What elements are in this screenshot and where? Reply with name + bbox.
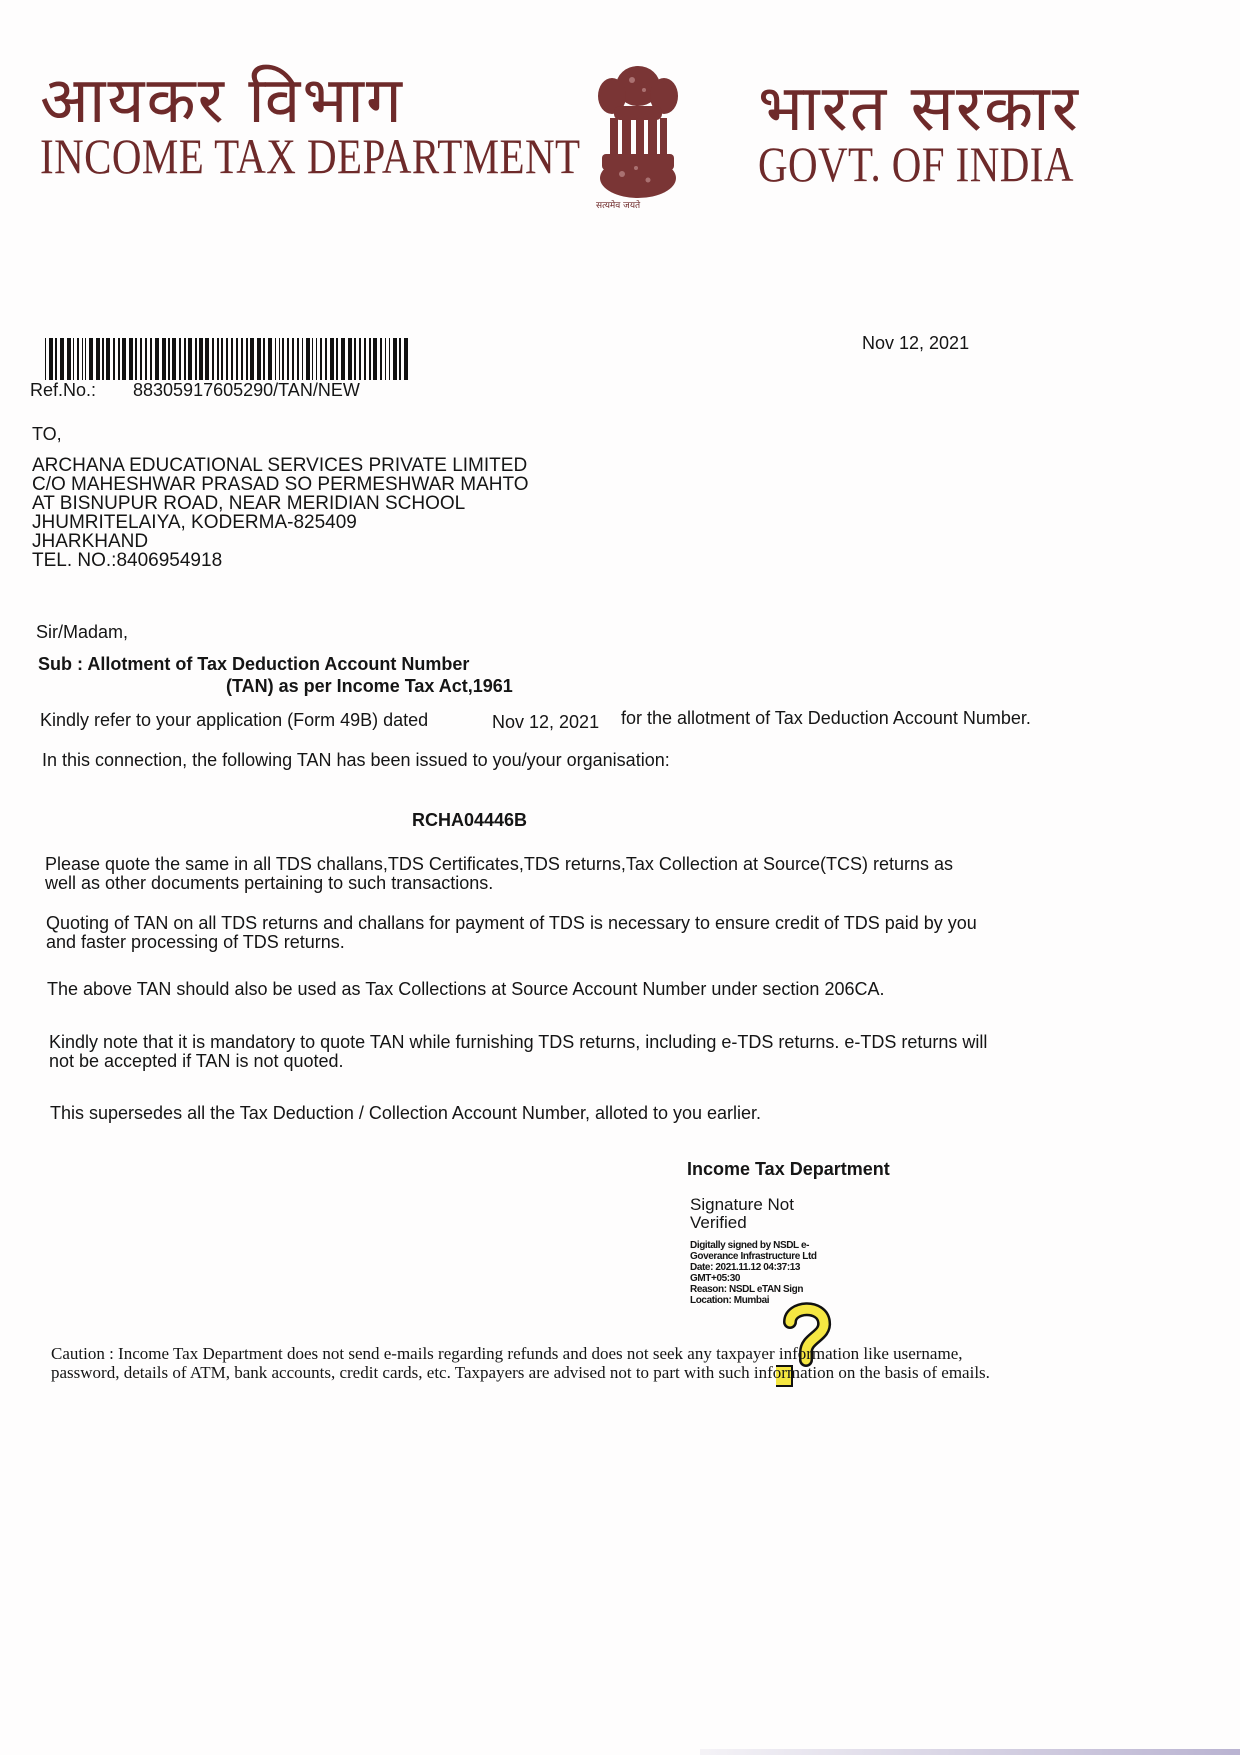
recipient-address-line: AT BISNUPUR ROAD, NEAR MERIDIAN SCHOOL xyxy=(32,494,529,513)
application-reference-suffix: for the allotment of Tax Deduction Accou… xyxy=(621,708,1031,728)
paragraph-tcs: The above TAN should also be used as Tax… xyxy=(47,979,884,999)
recipient-address-line: C/O MAHESHWAR PRASAD SO PERMESHWAR MAHTO xyxy=(32,475,529,494)
signature-detail-line: Date: 2021.11.12 04:37:13 xyxy=(690,1262,817,1273)
paragraph-line: and faster processing of TDS returns. xyxy=(46,933,977,952)
to-label: TO, xyxy=(32,424,62,444)
paragraph-line: well as other documents pertaining to su… xyxy=(45,874,953,893)
letter-date: Nov 12, 2021 xyxy=(862,333,969,353)
letterhead-department-name: INCOME TAX DEPARTMENT xyxy=(40,127,580,185)
signature-detail-line: Goverance Infrastructure Ltd xyxy=(690,1251,817,1262)
recipient-address-line: JHUMRITELAIYA, KODERMA-825409 xyxy=(32,513,529,532)
national-emblem-icon xyxy=(592,56,684,206)
signature-detail-line: Reason: NSDL eTAN Sign xyxy=(690,1284,817,1295)
signature-status: Signature Not Verified xyxy=(690,1196,794,1232)
paragraph-line: not be accepted if TAN is not quoted. xyxy=(49,1052,987,1071)
caution-line: Caution : Income Tax Department does not… xyxy=(51,1344,990,1363)
recipient-address: ARCHANA EDUCATIONAL SERVICES PRIVATE LIM… xyxy=(32,456,529,570)
caution-line: password, details of ATM, bank accounts,… xyxy=(51,1363,990,1382)
reference-label: Ref.No.: xyxy=(30,380,96,400)
paragraph-mandatory-tan: Kindly note that it is mandatory to quot… xyxy=(49,1033,987,1071)
tan-number: RCHA04446B xyxy=(412,810,527,830)
paragraph-supersedes: This supersedes all the Tax Deduction / … xyxy=(50,1103,761,1123)
recipient-phone: TEL. NO.:8406954918 xyxy=(32,551,529,570)
salutation: Sir/Madam, xyxy=(36,622,128,642)
recipient-name: ARCHANA EDUCATIONAL SERVICES PRIVATE LIM… xyxy=(32,456,529,475)
signature-status-line: Signature Not xyxy=(690,1196,794,1214)
reference-number: 88305917605290/TAN/NEW xyxy=(133,380,360,400)
signature-issuer: Income Tax Department xyxy=(687,1159,890,1179)
connection-text: In this connection, the following TAN ha… xyxy=(42,750,670,770)
paragraph-line: Kindly note that it is mandatory to quot… xyxy=(49,1033,987,1052)
paragraph-quote-tan: Please quote the same in all TDS challan… xyxy=(45,855,953,893)
application-reference-text: Kindly refer to your application (Form 4… xyxy=(40,710,428,730)
signature-detail-line: Digitally signed by NSDL e- xyxy=(690,1240,817,1251)
signature-detail-line: GMT+05:30 xyxy=(690,1273,817,1284)
caution-notice: Caution : Income Tax Department does not… xyxy=(51,1344,990,1382)
subject-line-2: (TAN) as per Income Tax Act,1961 xyxy=(226,676,513,696)
digital-signature-details: Digitally signed by NSDL e- Goverance In… xyxy=(690,1240,817,1306)
subject-line-1: Sub : Allotment of Tax Deduction Account… xyxy=(38,654,469,674)
paragraph-line: Quoting of TAN on all TDS returns and ch… xyxy=(46,914,977,933)
signature-status-line: Verified xyxy=(690,1214,794,1232)
paragraph-tds-credit: Quoting of TAN on all TDS returns and ch… xyxy=(46,914,977,952)
emblem-motto: सत्यमेव जयते xyxy=(596,198,640,211)
scan-edge-shadow xyxy=(700,1749,1240,1755)
recipient-state: JHARKHAND xyxy=(32,532,529,551)
barcode-icon xyxy=(45,338,415,380)
application-date: Nov 12, 2021 xyxy=(492,712,599,732)
paragraph-line: Please quote the same in all TDS challan… xyxy=(45,855,953,874)
letterhead-government-name: GOVT. OF INDIA xyxy=(758,135,1074,193)
